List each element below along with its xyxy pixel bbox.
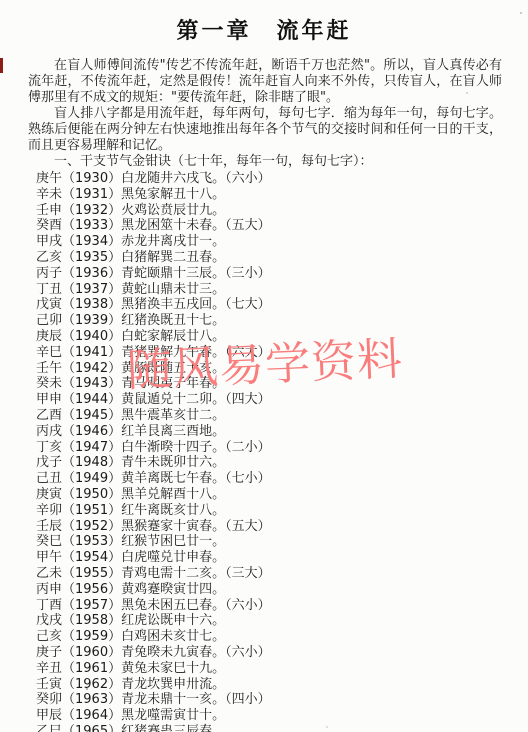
verse-line-1945: 乙酉（1945）黑牛震革亥廿二。 [36,408,528,424]
verse-line-1931: 辛未（1931）黑兔家解丑十八。 [36,187,528,203]
verse-line-1965: 乙巳（1965）红猪蹇蛊三辰春。 [36,724,528,732]
verse-list: 庚午（1930）白龙随井六戌飞。（六小） 辛未（1931）黑兔家解丑十八。 壬申… [36,171,528,732]
intro-paragraph-2: 盲人排八字都是用流年赶，每年两句，每句七字．缩为每年一句，每句七字。熟练后便能在… [28,106,502,154]
verse-line-1935: 乙亥（1935）白猪解巽二丑春。 [36,250,528,266]
verse-line-1950: 庚寅（1950）黑羊兑解酉十八。 [36,487,528,503]
verse-line-1959: 己亥（1959）白鸡困未亥廿七。 [36,629,528,645]
verse-line-1951: 辛卯（1951）红牛离既亥廿八。 [36,503,528,519]
scan-edge-artifact [0,58,3,73]
body-text: 在盲人师傅间流传"传艺不传流年赶，断语千万也茫然"。所以，盲人真传必有流年赶，不… [28,58,502,170]
verse-line-1941: 辛巳（1941）青猪巽解九午春。（六大） [36,345,528,361]
verse-line-1948: 戊子（1948）青牛未既卯廿六。 [36,455,528,471]
verse-line-1955: 乙未（1955）青鸡电需十二亥。（三大） [36,566,528,582]
verse-line-1938: 戊寅（1938）黑猪涣丰五戌回。（七大） [36,297,528,313]
verse-line-1953: 癸巳（1953）红猴节困巳廿一。 [36,534,528,550]
verse-line-1943: 癸未（1943）青马明夷子年春。 [36,376,528,392]
verse-line-1954: 甲午（1954）白虎噬兑廿申春。 [36,550,528,566]
verse-line-1958: 戊戌（1958）红虎讼既申十六。 [36,613,528,629]
verse-line-1930: 庚午（1930）白龙随井六戌飞。（六小） [36,171,528,187]
verse-line-1957: 丁酉（1957）黑兔未困五巳春。（六小） [36,598,528,614]
intro-paragraph-1: 在盲人师傅间流传"传艺不传流年赶，断语千万也茫然"。所以，盲人真传必有流年赶，不… [28,58,502,106]
verse-line-1960: 庚子（1960）青兔暌未九寅春。（六小） [36,645,528,661]
verse-line-1956: 丙申（1956）黄鸡蹇暌寅廿四。 [36,582,528,598]
verse-line-1940: 庚辰（1940）白蛇家解辰廿八。 [36,329,528,345]
verse-line-1936: 丙子（1936）青蛇颐鼎十三辰。（三小） [36,266,528,282]
verse-line-1963: 癸卯（1963）青龙未鼎十一亥。（四小） [36,692,528,708]
verse-line-1961: 辛丑（1961）黄兔未家巳十九。 [36,661,528,677]
verse-line-1939: 己卯（1939）红猪涣既丑十七。 [36,313,528,329]
verse-line-1934: 甲戌（1934）赤龙井离戌廿一。 [36,234,528,250]
verse-line-1949: 己丑（1949）黄羊离既七午春。（七小） [36,471,528,487]
verse-line-1933: 癸酉（1933）黑龙困筮十未春。（五大） [36,218,528,234]
verse-line-1947: 丁亥（1947）白牛渐暌十四子。（二小） [36,440,528,456]
verse-line-1962: 壬寅（1962）青龙坎巽申卅流。 [36,677,528,693]
verse-line-1964: 甲辰（1964）黑龙噬需寅廿十。 [36,708,528,724]
chapter-title: 第一章 流年赶 [0,0,528,45]
scanned-book-page: 第一章 流年赶 在盲人师傅间流传"传艺不传流年赶，断语千万也茫然"。所以，盲人真… [0,0,528,732]
scan-noise-speck [86,688,88,690]
verse-line-1942: 壬午（1942）黄豚既随五十亥。 [36,361,528,377]
verse-line-1944: 甲申（1944）黄鼠遁兑十二卯。（四大） [36,392,528,408]
verse-line-1937: 丁丑（1937）黄蛇山鼎未廿三。 [36,282,528,298]
section-heading: 一、干支节气金钳诀（七十年，每年一句，每句七字）： [28,154,502,170]
verse-line-1952: 壬辰（1952）黑猴蹇家十寅春。（五大） [36,519,528,535]
verse-line-1932: 壬申（1932）火鸡讼贲辰廿九。 [36,203,528,219]
verse-line-1946: 丙戌（1946）红羊艮离三酉地。 [36,424,528,440]
